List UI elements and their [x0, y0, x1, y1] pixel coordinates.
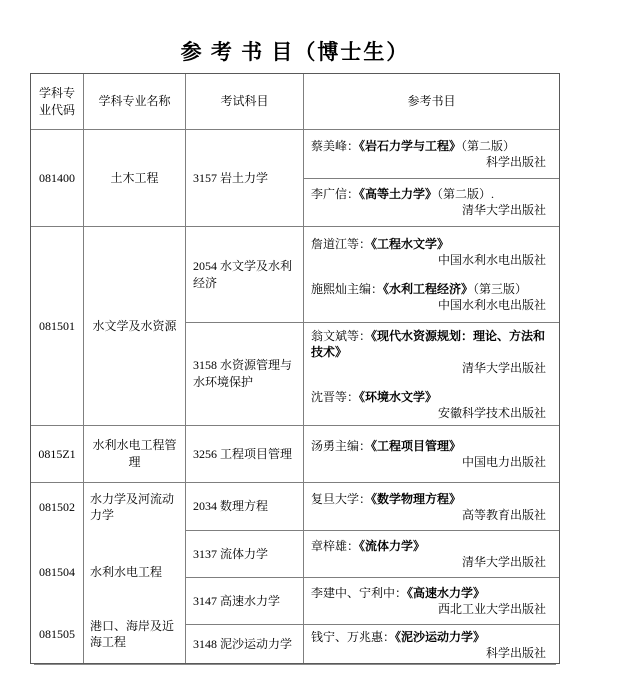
- book-publisher: 科学出版社: [311, 645, 553, 661]
- document-page: 参 考 书 目（博士生） 学科专业代码 学科专业名称 考试科目 参考书目 081…: [0, 0, 623, 673]
- book-entry: 章梓雄：《流体力学》 清华大学出版社: [311, 538, 553, 570]
- book-title: 《高等土力学》: [359, 187, 437, 201]
- book-author: 李建中、宁利中：: [311, 586, 407, 600]
- exam-subject: 3147 高速水力学: [186, 578, 304, 624]
- book-publisher: 清华大学出版社: [311, 202, 553, 218]
- book-author: 李广信：: [311, 187, 359, 201]
- table-row: 081501 水文学及水资源 2054 水文学及水利经济 詹道江等：《工程水文学…: [31, 227, 559, 426]
- reference-cell: 钱宁、万兆惠：《泥沙运动力学》 科学出版社: [304, 625, 559, 665]
- table-row: 0815Z1 水利水电工程管理 3256 工程项目管理 汤勇主编：《工程项目管理…: [31, 426, 559, 483]
- book-edition: （第三版）: [473, 282, 527, 296]
- book-title: 《岩石力学与工程》: [359, 139, 461, 153]
- book-publisher: 清华大学出版社: [311, 360, 553, 376]
- book-entry: 复旦大学：《数学物理方程》 高等教育出版社: [311, 491, 553, 523]
- exam-subject: 2054 水文学及水利经济: [186, 227, 304, 322]
- book-publisher: 安徽科学技术出版社: [311, 405, 553, 421]
- book-entry: 李建中、宁利中：《高速水力学》 西北工业大学出版社: [311, 585, 553, 617]
- reference-cell: 蔡美峰：《岩石力学与工程》（第二版） 科学出版社: [304, 130, 559, 179]
- book-author: 詹道江等：: [311, 237, 371, 251]
- header-exam-subject: 考试科目: [186, 74, 304, 129]
- header-discipline-code: 学科专业代码: [31, 74, 84, 129]
- reference-cell: 汤勇主编：《工程项目管理》 中国电力出版社: [304, 426, 559, 482]
- exam-subject: 3256 工程项目管理: [186, 426, 304, 482]
- discipline-code-group: 081502 081504 081505: [31, 483, 84, 663]
- discipline-code: 081400: [31, 130, 84, 226]
- discipline-code: 081501: [31, 227, 84, 425]
- book-entry: 蔡美峰：《岩石力学与工程》（第二版） 科学出版社: [311, 138, 553, 170]
- book-author: 汤勇主编：: [311, 439, 371, 453]
- reference-cell: 李建中、宁利中：《高速水力学》 西北工业大学出版社: [304, 578, 559, 624]
- exam-subject: 3137 流体力学: [186, 531, 304, 577]
- book-entry: 沈晋等：《环境水文学》 安徽科学技术出版社: [311, 389, 553, 421]
- reference-book-table: 学科专业代码 学科专业名称 考试科目 参考书目 081400 土木工程 3157…: [30, 73, 560, 664]
- discipline-code: 0815Z1: [31, 426, 84, 482]
- table-row: 081400 土木工程 3157 岩土力学 蔡美峰：《岩石力学与工程》（第二版）…: [31, 130, 559, 227]
- reference-cell: 李广信：《高等土力学》（第二版）. 清华大学出版社: [304, 179, 559, 227]
- book-publisher: 科学出版社: [311, 154, 553, 170]
- exam-subject: 3157 岩土力学: [186, 130, 304, 226]
- book-publisher: 高等教育出版社: [311, 507, 553, 523]
- discipline-name: 港口、海岸及近海工程: [90, 618, 181, 650]
- book-author: 章梓雄：: [311, 539, 359, 553]
- book-publisher: 中国电力出版社: [311, 454, 553, 470]
- page-title: 参 考 书 目（博士生）: [30, 36, 560, 66]
- book-title: 《工程项目管理》: [371, 439, 461, 453]
- book-title: 《环境水文学》: [359, 390, 437, 404]
- book-publisher: 西北工业大学出版社: [311, 601, 553, 617]
- book-entry: 钱宁、万兆惠：《泥沙运动力学》 科学出版社: [311, 629, 553, 661]
- book-entry: 翁文斌等：《现代水资源规划：理论、方法和技术》 清华大学出版社: [311, 328, 553, 376]
- book-edition: （第二版）: [461, 139, 515, 153]
- book-publisher: 清华大学出版社: [311, 554, 553, 570]
- discipline-name: 土木工程: [84, 130, 186, 226]
- book-entry: 詹道江等：《工程水文学》 中国水利水电出版社: [311, 236, 553, 268]
- book-title: 《泥沙运动力学》: [395, 630, 485, 644]
- header-reference-books: 参考书目: [304, 74, 559, 129]
- book-title: 《高速水力学》: [407, 586, 485, 600]
- book-author: 复旦大学：: [311, 492, 371, 506]
- book-title: 《水利工程经济》: [383, 282, 473, 296]
- reference-cell: 章梓雄：《流体力学》 清华大学出版社: [304, 531, 559, 577]
- reference-cell: 复旦大学：《数学物理方程》 高等教育出版社: [304, 483, 559, 530]
- book-edition: （第二版）.: [437, 187, 494, 201]
- book-author: 翁文斌等：: [311, 329, 371, 343]
- reference-cell: 翁文斌等：《现代水资源规划：理论、方法和技术》 清华大学出版社 沈晋等：《环境水…: [304, 323, 559, 425]
- discipline-name: 水利水电工程管理: [84, 426, 186, 482]
- book-entry: 汤勇主编：《工程项目管理》 中国电力出版社: [311, 438, 553, 470]
- book-author: 施熙灿主编：: [311, 282, 383, 296]
- table-row: 081502 081504 081505 水力学及河流动力学 水利水电工程 港口…: [31, 483, 559, 663]
- discipline-name: 水文学及水资源: [84, 227, 186, 425]
- book-title: 《流体力学》: [359, 539, 425, 553]
- book-entry: 施熙灿主编：《水利工程经济》（第三版） 中国水利水电出版社: [311, 281, 553, 313]
- discipline-code: 081505: [31, 626, 83, 642]
- exam-subject: 3148 泥沙运动力学: [186, 625, 304, 663]
- book-publisher: 中国水利水电出版社: [311, 297, 553, 313]
- discipline-name-group: 水力学及河流动力学 水利水电工程 港口、海岸及近海工程: [84, 483, 186, 663]
- book-author: 钱宁、万兆惠：: [311, 630, 395, 644]
- exam-subject: 3158 水资源管理与水环境保护: [186, 323, 304, 425]
- exam-subject: 2034 数理方程: [186, 483, 304, 530]
- discipline-code: 081504: [31, 564, 83, 580]
- discipline-name: 水力学及河流动力学: [90, 491, 181, 523]
- book-author: 沈晋等：: [311, 390, 359, 404]
- header-discipline-name: 学科专业名称: [84, 74, 186, 129]
- book-title: 《工程水文学》: [371, 237, 449, 251]
- reference-cell: 詹道江等：《工程水文学》 中国水利水电出版社 施熙灿主编：《水利工程经济》（第三…: [304, 227, 559, 322]
- book-title: 《数学物理方程》: [371, 492, 461, 506]
- table-header-row: 学科专业代码 学科专业名称 考试科目 参考书目: [31, 74, 559, 130]
- discipline-name: 水利水电工程: [90, 564, 181, 580]
- book-publisher: 中国水利水电出版社: [311, 252, 553, 268]
- book-entry: 李广信：《高等土力学》（第二版）. 清华大学出版社: [311, 186, 553, 218]
- book-author: 蔡美峰：: [311, 139, 359, 153]
- discipline-code: 081502: [31, 499, 83, 515]
